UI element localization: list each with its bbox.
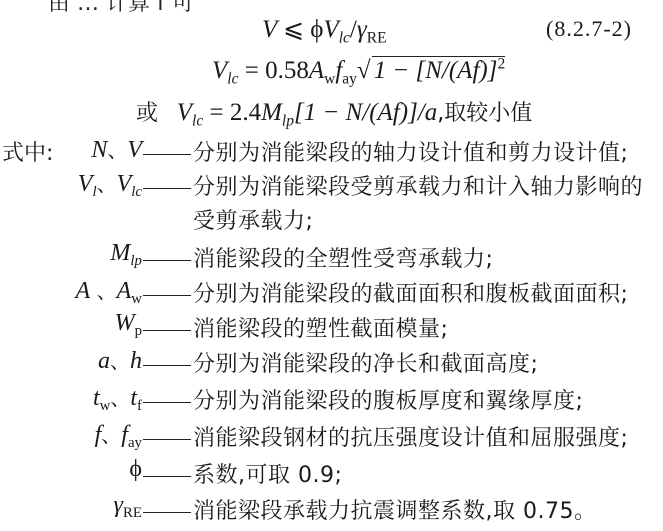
definition-row-continuation: 受剪承载力; bbox=[0, 202, 663, 236]
definition-row-tw-tf: tw、tf 分别为消能梁段的腹板厚度和翼缘厚度; bbox=[0, 382, 663, 416]
definition-text: 消能梁段承载力抗震调整系数,取 0.75。 bbox=[193, 499, 596, 524]
em-dash bbox=[143, 330, 191, 331]
definition-text: 分别为消能梁段的轴力设计值和剪力设计值; bbox=[193, 141, 628, 166]
sym-w: W bbox=[115, 310, 135, 336]
definition-text: 消能梁段的全塑性受弯承载力; bbox=[193, 247, 493, 272]
symbol: Vl、Vlc bbox=[78, 168, 142, 198]
em-dash bbox=[143, 439, 191, 440]
vlc2-body: [1 − N/(Af)]/a bbox=[294, 99, 437, 126]
eq-lhs: V bbox=[262, 16, 277, 43]
em-dash bbox=[143, 476, 191, 477]
sym-a-lower: a bbox=[98, 348, 110, 374]
vlc1-sqrt-sup: 2 bbox=[497, 56, 505, 73]
definition-row-gamma-re: γRE 消能梁段承载力抗震调整系数,取 0.75。 bbox=[0, 492, 663, 526]
vlc1-f-sub: ay bbox=[342, 70, 357, 87]
equation-vlc-2: 或 Vlc = 2.4Mlp[1 − N/(Af)]/a,取较小值 bbox=[136, 96, 532, 127]
symbol: f、fay bbox=[95, 419, 142, 449]
definition-row-phi: ϕ 系数,可取 0.9; bbox=[0, 456, 663, 490]
definition-text: 分别为消能梁段的腹板厚度和翼缘厚度; bbox=[193, 389, 583, 414]
definition-row-a-aw: A 、Aw 分别为消能梁段的截面面积和腹板截面面积; bbox=[0, 275, 663, 309]
em-dash bbox=[143, 260, 191, 261]
definition-row-vl-vlc: Vl、Vlc 分别为消能梁段受剪承载力和计入轴力影响的 bbox=[0, 168, 663, 202]
sym-sub: ay bbox=[128, 435, 142, 451]
eq-phi: ϕ bbox=[310, 16, 323, 43]
eq-v-sub: lc bbox=[339, 29, 350, 46]
sym-n: N bbox=[91, 137, 107, 163]
definition-row-n-v: 式中: N、V 分别为消能梁段的轴力设计值和剪力设计值; bbox=[0, 134, 663, 168]
vlc1-eq: = 0.58 bbox=[238, 57, 308, 84]
cut-off-top-line: 由 … 计算 f 可 bbox=[48, 0, 194, 17]
vlc2-lhs-sub: lc bbox=[192, 112, 203, 129]
sym-sep: 、 bbox=[110, 349, 130, 373]
sym-gamma: γ bbox=[114, 492, 123, 518]
vlc1-a: A bbox=[309, 57, 324, 84]
eq-relation: ⩽ bbox=[283, 16, 304, 43]
definition-row-mlp: Mlp 消能梁段的全塑性受弯承载力; bbox=[0, 240, 663, 274]
em-dash bbox=[143, 365, 191, 366]
vlc2-prefix: 或 bbox=[136, 101, 158, 126]
symbol: N、V bbox=[91, 134, 142, 164]
symbol: a、h bbox=[98, 345, 142, 375]
eq-v: V bbox=[323, 16, 338, 43]
symbol: ϕ bbox=[129, 456, 142, 483]
vlc1-lhs: V bbox=[212, 57, 227, 84]
vlc2-m: M bbox=[261, 99, 282, 126]
sym-sub: lc bbox=[131, 184, 142, 200]
vlc2-suffix: ,取较小值 bbox=[437, 101, 532, 126]
em-dash bbox=[143, 295, 191, 296]
symbol: A 、Aw bbox=[76, 275, 142, 305]
where-label: 式中: bbox=[2, 136, 53, 167]
symbol: Mlp bbox=[110, 240, 142, 267]
sym-sep: 、 bbox=[90, 279, 116, 303]
sym-a: A bbox=[117, 278, 132, 304]
sym-sep: 、 bbox=[107, 138, 127, 162]
equation-vlc-1: Vlc = 0.58Awfay√1 − [N/(Af)]2 bbox=[212, 56, 505, 85]
definition-continuation-text: 受剪承载力; bbox=[193, 204, 313, 235]
sym-h: h bbox=[130, 348, 142, 374]
definition-text: 分别为消能梁段受剪承载力和计入轴力影响的 bbox=[193, 175, 643, 200]
sym-t: t bbox=[93, 385, 100, 411]
em-dash bbox=[143, 512, 191, 513]
sym-v: V bbox=[117, 171, 132, 197]
sqrt-sign: √ bbox=[357, 57, 371, 84]
definition-text: 系数,可取 0.9; bbox=[193, 463, 342, 488]
eq-slash: / bbox=[350, 16, 357, 43]
vlc1-sqrt-inner: 1 − [N/(Af)] bbox=[374, 57, 498, 84]
equation-main: V ⩽ ϕVlc/γRE bbox=[262, 14, 387, 44]
sym-sub: RE bbox=[123, 505, 142, 521]
sym-sep: 、 bbox=[97, 172, 117, 196]
em-dash bbox=[143, 154, 191, 155]
definition-text: 分别为消能梁段的截面面积和腹板截面面积; bbox=[193, 282, 628, 307]
vlc1-a-sub: w bbox=[324, 70, 335, 87]
symbol: γRE bbox=[114, 492, 142, 519]
sym-a: A bbox=[76, 278, 91, 304]
eq-gamma-sub: RE bbox=[367, 29, 387, 46]
sym-sub: w bbox=[131, 291, 142, 307]
sym-sep: 、 bbox=[101, 423, 121, 447]
definition-text: 消能梁段钢材的抗压强度设计值和屈服强度; bbox=[193, 426, 628, 451]
definition-text: 分别为消能梁段的净长和截面高度; bbox=[193, 352, 538, 377]
sym-m: M bbox=[110, 240, 130, 266]
vlc2-eq: = 2.4 bbox=[203, 99, 261, 126]
em-dash bbox=[143, 188, 191, 189]
symbol: Wp bbox=[115, 310, 142, 337]
sym-phi: ϕ bbox=[129, 456, 142, 482]
definition-row-wp: Wp 消能梁段的塑性截面模量; bbox=[0, 310, 663, 344]
sym-sub: w bbox=[100, 398, 111, 414]
em-dash bbox=[143, 402, 191, 403]
definition-row-f-fay: f、fay 消能梁段钢材的抗压强度设计值和屈服强度; bbox=[0, 419, 663, 453]
equation-number: (8.2.7-2) bbox=[546, 16, 632, 42]
symbol: tw、tf bbox=[93, 382, 142, 412]
eq-gamma: γ bbox=[357, 16, 367, 43]
sym-sub: p bbox=[135, 323, 142, 339]
sym-v: V bbox=[127, 137, 142, 163]
sym-f: f bbox=[121, 422, 128, 448]
sym-sub: lp bbox=[130, 253, 142, 269]
vlc2-m-sub: lp bbox=[282, 112, 294, 129]
sym-sep: 、 bbox=[110, 386, 130, 410]
definition-text: 消能梁段的塑性截面模量; bbox=[193, 317, 448, 342]
vlc1-lhs-sub: lc bbox=[227, 70, 238, 87]
definition-row-a-h: a、h 分别为消能梁段的净长和截面高度; bbox=[0, 345, 663, 379]
vlc2-lhs: V bbox=[177, 99, 192, 126]
sym-v: V bbox=[78, 171, 93, 197]
